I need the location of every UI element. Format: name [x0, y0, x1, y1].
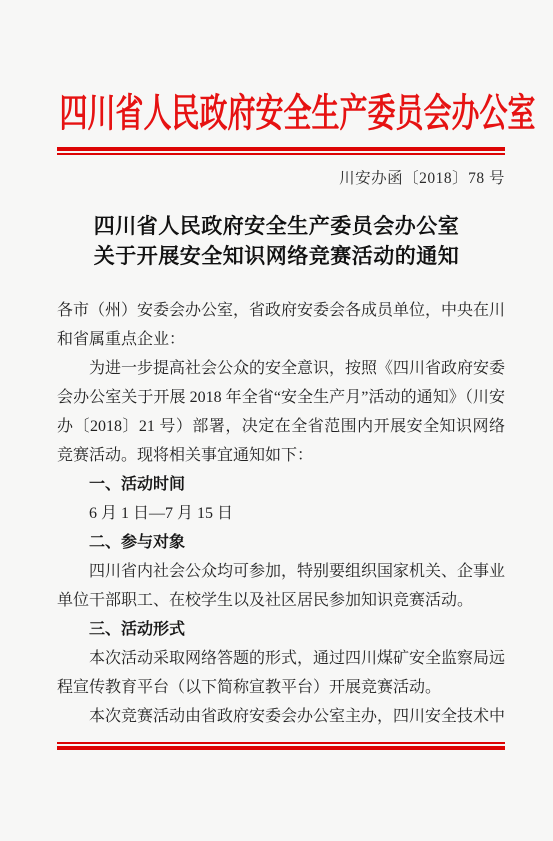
page-bottom-double-rule [57, 742, 505, 750]
document-reference-number: 川安办函〔2018〕78 号 [57, 166, 505, 188]
document-title: 四川省人民政府安全生产委员会办公室 关于开展安全知识网络竞赛活动的通知 [0, 211, 553, 271]
letterhead: 四川省人民政府安全生产委员会办公室 [0, 83, 553, 133]
document-title-line2: 关于开展安全知识网络竞赛活动的通知 [0, 241, 553, 271]
activity-time-paragraph: 6 月 1 日—7 月 15 日 [57, 499, 505, 528]
recipient-line: 各市（州）安委会办公室，省政府安委会各成员单位，中央在川和省属重点企业： [57, 296, 505, 354]
organizer-paragraph-truncated: 本次竞赛活动由省政府安委会办公室主办，四川安全技术中 [57, 702, 505, 731]
letterhead-double-rule [57, 147, 505, 155]
letterhead-organization-title: 四川省人民政府安全生产委员会办公室 [60, 83, 536, 139]
document-body: 各市（州）安委会办公室，省政府安委会各成员单位，中央在川和省属重点企业： 为进一… [57, 296, 505, 731]
intro-paragraph: 为进一步提高社会公众的安全意识，按照《四川省政府安委会办公室关于开展 2018 … [57, 354, 505, 470]
activity-format-paragraph: 本次活动采取网络答题的形式，通过四川煤矿安全监察局远程宣传教育平台（以下简称宣教… [57, 644, 505, 702]
rule-thick-line [57, 746, 505, 750]
section-heading-activity-format: 三、活动形式 [57, 615, 505, 644]
participants-paragraph: 四川省内社会公众均可参加，特别要组织国家机关、企事业单位干部职工、在校学生以及社… [57, 557, 505, 615]
document-page: 四川省人民政府安全生产委员会办公室 川安办函〔2018〕78 号 四川省人民政府… [0, 0, 553, 841]
rule-thin-line [57, 153, 505, 155]
section-heading-activity-time: 一、活动时间 [57, 470, 505, 499]
document-title-line1: 四川省人民政府安全生产委员会办公室 [0, 211, 553, 241]
section-heading-participants: 二、参与对象 [57, 528, 505, 557]
